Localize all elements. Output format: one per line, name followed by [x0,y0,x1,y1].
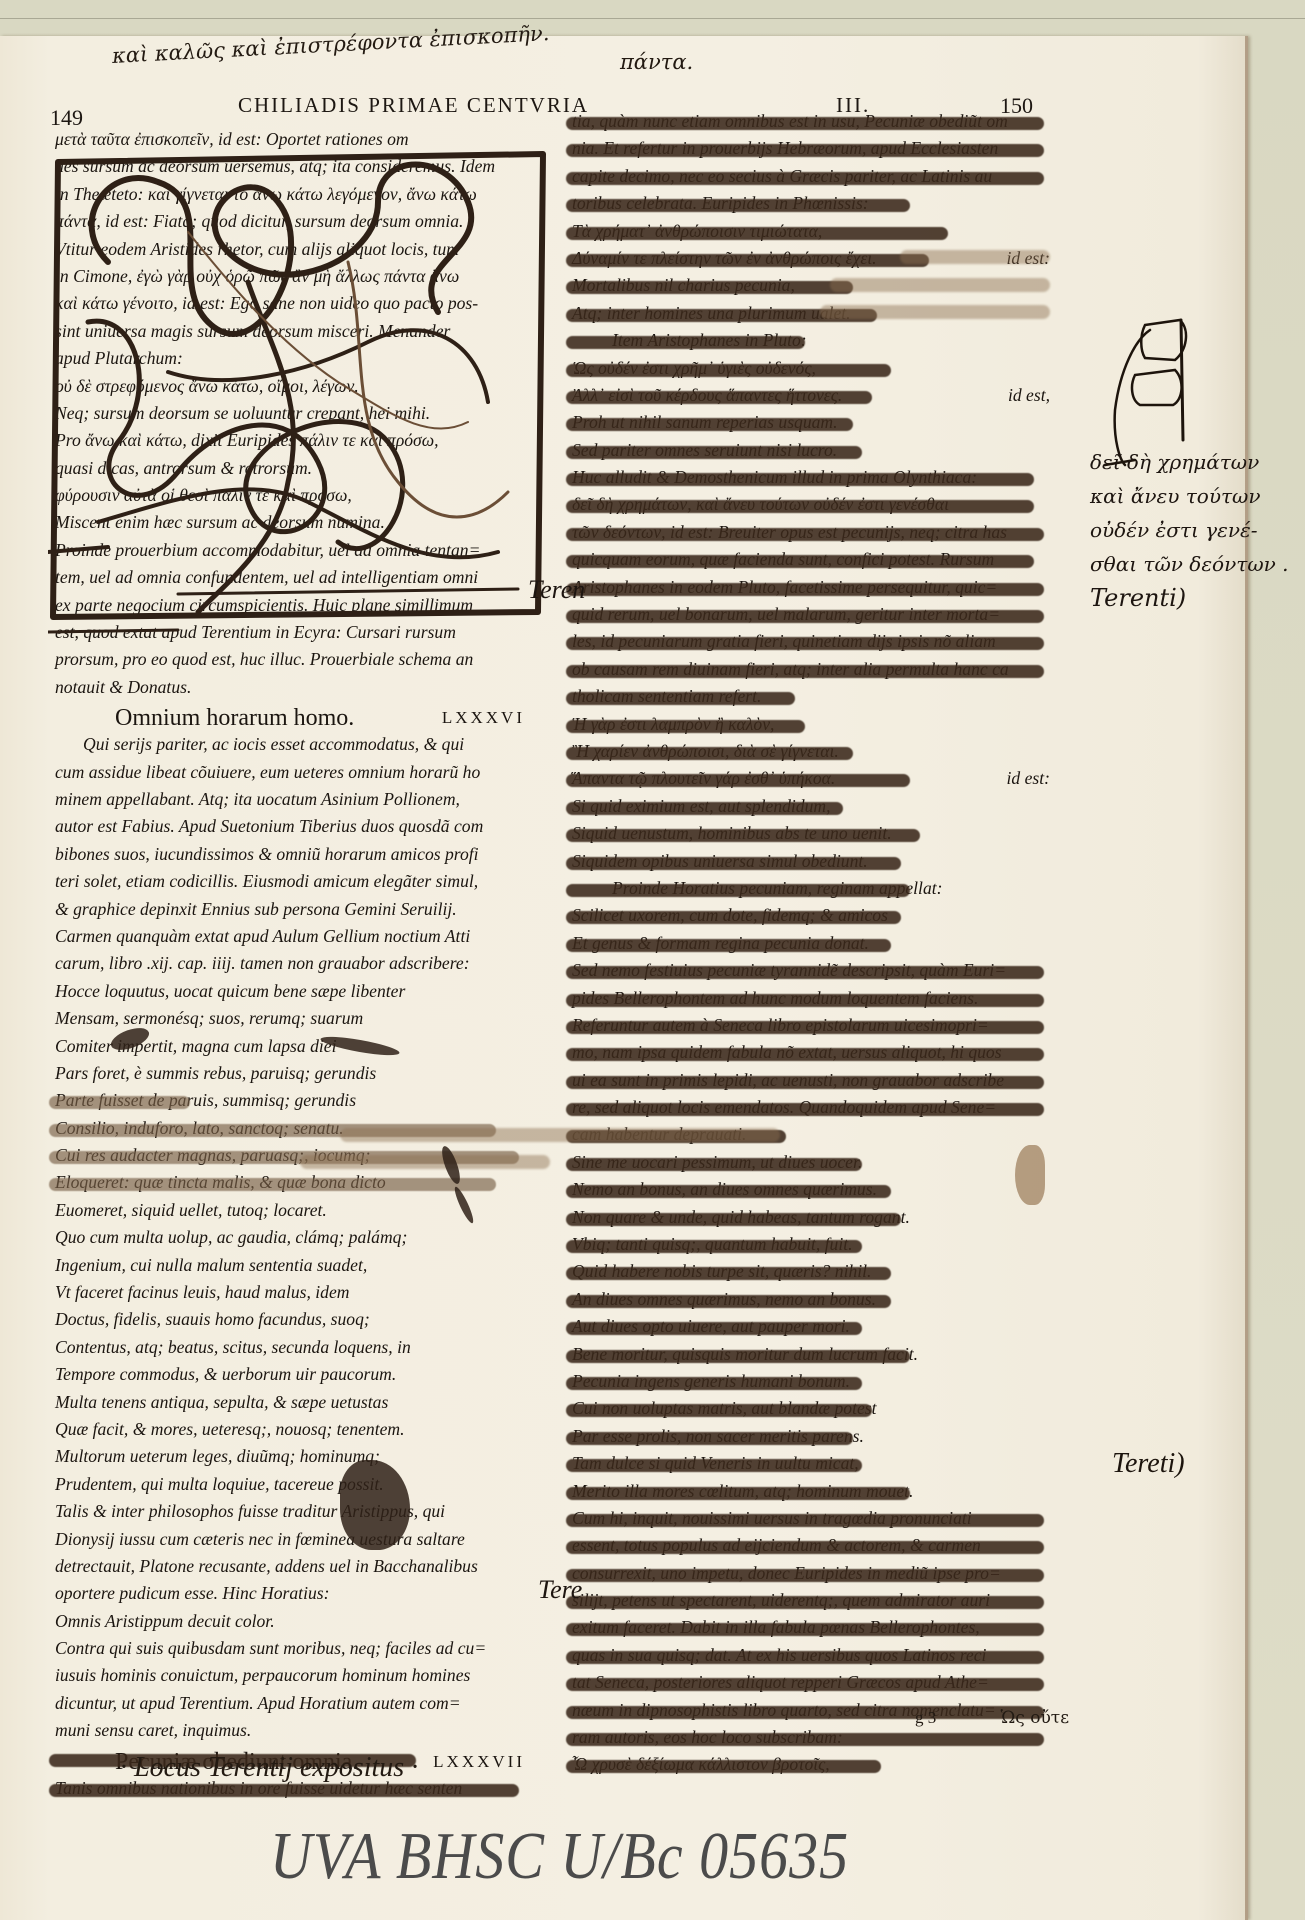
manuscript-footnote: · Locus Terentij expositus · [120,1752,418,1784]
line-text: Mortalibus nil charius pecunia, [572,275,795,295]
struck-line: ram autoris, eos hoc loco subscribam: [572,1724,1050,1751]
line-text: Miscent enim hæc sursum ac deorsum numin… [55,512,385,532]
line-text: exitum faceret. Dabit in illa fabula pœn… [572,1617,980,1637]
struck-line: capite decimo, nec eo secius à Græcis pa… [572,163,1050,190]
line-text: Ἢ χαρίεν ἀνθρώποισι, διὰ σὲ γίγνεται. [572,741,839,761]
line-text: in Cimone, ἐγὼ γὰρ οὐχ ὁρῶ πῶς ἂν μὴ ἄλλ… [55,266,459,286]
boxed-line: in Theæteto: καὶ γίγνεται τὸ ἄνω κάτω λε… [55,181,525,208]
boxed-line: Proinde prouerbium accommodabitur, uel a… [55,537,525,564]
line-text: essent, totus populus ad eijciendum & ac… [572,1535,981,1555]
adage-line: Doctus, fidelis, suauis homo facundus, s… [55,1306,525,1333]
boxed-line: πάντα, id est: Fiatq; quod dicitur, surs… [55,208,525,235]
line-text: Pars foret, è summis rebus, paruisq; ger… [55,1063,376,1083]
line-text: les, id pecuniarum gratia fieri, quineti… [572,631,996,651]
struck-line: Sine me uocari pessimum, ut diues uocer. [572,1149,1050,1176]
struck-line: Vbiq; tanti quisq;, quantum habuit, fuit… [572,1231,1050,1258]
adage-line: Euomeret, siquid uellet, tutoq; locaret. [55,1197,525,1224]
line-text: autor est Fabius. Apud Suetonium Tiberiu… [55,816,483,836]
adage-line: carum, libro .xij. cap. iiij. tamen non … [55,950,525,977]
line-text: Δύναμίν τε πλείστην τῶν ἐν ἀνθρώποις ἔχε… [572,248,877,268]
line-text: muni sensu caret, inquimus. [55,1720,251,1740]
struck-line: silijt, petens ut spectarent, uiderentq;… [572,1587,1050,1614]
line-text: Huc alludit & Demosthenicum illud in pri… [572,467,977,487]
line-text: carum, libro .xij. cap. iiij. tamen non … [55,953,470,973]
struck-line: pides Bellerophontem ad hunc modum loque… [572,985,1050,1012]
line-text: Comiter impertit, magna cum lapsa diei [55,1036,336,1056]
ink-wash [900,250,1050,264]
line-text: Ἀλλ᾽ εἰσὶ τοῦ κέρδους ἅπαντες ἥττονες. [572,385,842,405]
adage-line: Prudentem, qui multa loquiue, tacereue p… [55,1471,525,1498]
line-text: Par esse prolis, non sacer meritis paren… [572,1426,864,1446]
adage-line: Vt faceret facinus leuis, haud malus, id… [55,1279,525,1306]
line-text: quas in sua quisq; dat. At ex his uersib… [572,1645,986,1665]
struck-line: tia, quàm nunc etiam omnibus est in usu,… [572,108,1050,135]
adage-line: bibones suos, iucundissimos & omniũ hora… [55,841,525,868]
struck-line: Bene moritur, quisquis moritur dum lucru… [572,1341,1050,1368]
adage-line: Quæ facit, & mores, ueteresq;, nouosq; t… [55,1416,525,1443]
struck-line: Ἢ χαρίεν ἀνθρώποισι, διὰ σὲ γίγνεται. [572,738,1050,765]
adage-line: autor est Fabius. Apud Suetonium Tiberiu… [55,813,525,840]
line-text: mo, nam ipsa quidem fabula nõ extat, uer… [572,1042,1002,1062]
signature: g 3 [915,1708,936,1727]
struck-line: quid rerum, uel bonarum, uel malarum, ge… [572,601,1050,628]
line-text: Vbiq; tanti quisq;, quantum habuit, fuit… [572,1234,853,1254]
shelfmark: UVA BHSC U/Bc 05635 [270,1817,849,1894]
line-text: in Theæteto: καὶ γίγνεται τὸ ἄνω κάτω λε… [55,184,477,204]
line-text: μετὰ ταῦτα ἐπισκοπεῖν, id est: Oportet r… [55,129,409,149]
line-text: bibones suos, iucundissimos & omniũ hora… [55,844,479,864]
adage-line: Qui serijs pariter, ac iocis esset accom… [55,731,525,758]
line-text: Si quid eximium est, aut splendidum, [572,796,831,816]
line-text: Quid habere nobis turpe sit, quæris? nih… [572,1261,871,1281]
line-text: Quo cum multa uolup, ac gaudia, clámq; p… [55,1227,407,1247]
line-text: Eloqueret: quæ tincta malis, & quæ bona … [55,1172,386,1192]
struck-line: Aut diues opto uiuere, aut pauper mori. [572,1313,1050,1340]
struck-line: Proinde Horatius pecuniam, reginam appel… [572,875,1050,902]
line-text: Multorum ueterum leges, diuũmq; hominumq… [55,1446,380,1466]
adage-line: Tempore commodus, & uerborum uir paucoru… [55,1361,525,1388]
line-text: ob causam rem diuinam fieri, atq; inter … [572,659,1009,679]
adage-line: cum assidue libeat cõuiuere, eum ueteres… [55,759,525,786]
struck-line: Merito illa mores cœlitum, atq; hominum … [572,1478,1050,1505]
ink-wash [830,278,1050,292]
line-text: πάντα, id est: Fiatq; quod dicitur, surs… [55,211,463,231]
line-text: toribus celebrata. Euripides in Phœnissi… [572,193,869,213]
line-text: Ἅπαντα τῷ πλουτεῖν γάρ ἐσθ᾽ ὑπήκοα. [572,768,835,788]
line-text: τῶν δεόντων, id est: Breuiter opus est p… [572,522,1007,542]
struck-line: toribus celebrata. Euripides in Phœnissi… [572,190,1050,217]
line-text: Atq; inter homines una plurimum ualet. [572,303,851,323]
line-text: ui ea sunt in primis lepidi, ac uenusti,… [572,1070,1004,1090]
line-text: Nemo an bonus, an diues omnes quærimus. [572,1179,877,1199]
struck-line: Sed pariter omnes seruiunt nisi lucro. [572,437,1050,464]
line-text: Pro ἄνω καὶ κάτω, dixit Euripides πάλιν … [55,430,439,450]
id-est-marker: id est: [1007,765,1051,792]
struck-line: quas in sua quisq; dat. At ex his uersib… [572,1642,1050,1669]
adage-line: Talis & inter philosophos fuisse traditu… [55,1498,525,1525]
boxed-line: Neq; sursum deorsum se uoluuntur crepant… [55,400,525,427]
boxed-line: Vtitur eodem Aristides rhetor, cum alijs… [55,236,525,263]
adage-number: LXXXVI [442,701,525,735]
adage-line: Mensam, sermonésq; suos, rerumq; suarum [55,1005,525,1032]
header-annotation-greek-2: πάντα. [620,50,693,74]
line-text: cum assidue libeat cõuiuere, eum ueteres… [55,762,480,782]
struck-line: Proh ut nihil sanum reperias usquam. [572,409,1050,436]
struck-line: Cui non uoluptas matris, aut blandæ pote… [572,1395,1050,1422]
line-text: Item Aristophanes in Pluto: [612,330,807,350]
adage-line: Omnis Aristippum decuit color. [55,1608,525,1635]
line-text: Omnis Aristippum decuit color. [55,1611,275,1631]
line-text: quid rerum, uel bonarum, uel malarum, ge… [572,604,1000,624]
line-text: Aristophanes in eodem Pluto, facetissime… [572,577,997,597]
line-text: iusuis hominis conuictum, perpaucorum ho… [55,1665,470,1685]
struck-line: Cum hi, inquit, nouissimi uersus in trag… [572,1505,1050,1532]
struck-line: τῶν δεόντων, id est: Breuiter opus est p… [572,519,1050,546]
line-text: Cui non uoluptas matris, aut blandæ pote… [572,1398,877,1418]
id-est-marker: id est, [1008,382,1050,409]
line-text: silijt, petens ut spectarent, uiderentq;… [572,1590,990,1610]
line-text: Cum hi, inquit, nouissimi uersus in trag… [572,1508,972,1528]
line-text: Sed nemo festiuius pecuniæ tyrannidẽ des… [572,960,1006,980]
line-text: Aut diues opto uiuere, aut pauper mori. [572,1316,850,1336]
struck-line: Non quare & unde, quid habeas, tantum ro… [572,1204,1050,1231]
struck-line: Item Aristophanes in Pluto: [572,327,1050,354]
line-text: notauit & Donatus. [55,677,191,697]
line-text: Proinde prouerbium accommodabitur, uel a… [55,540,480,560]
struck-line: Ἀλλ᾽ εἰσὶ τοῦ κέρδους ἅπαντες ἥττονες.id… [572,382,1050,409]
margin-note-terenti-1: Teren [528,575,585,605]
struck-line: nia. Et refertur in prouerbijs Hebræorum… [572,135,1050,162]
struck-line: essent, totus populus ad eijciendum & ac… [572,1532,1050,1559]
line-text: nes sursum ac deorsum uersemus, atq; ita… [55,156,495,176]
ink-wash [820,305,1050,319]
boxed-line: μετὰ ταῦτα ἐπισκοπεῖν, id est: Oportet r… [55,126,525,153]
struck-line: Huc alludit & Demosthenicum illud in pri… [572,464,1050,491]
boxed-line: καὶ κάτω γένοιτο, id est: Ego sane non u… [55,290,525,317]
line-text: ex parte negocium circumspicientis. Huic… [55,595,473,615]
line-text: sint uniuersa magis sursum deorsum misce… [55,321,450,341]
adage-86-body: Qui serijs pariter, ac iocis esset accom… [55,731,525,1744]
line-text: Τὰ χρήματ᾽ ἀνθρώποισιν τιμιώτατα, [572,221,822,241]
line-text: Parte fuisset de paruis, summisq; gerund… [55,1090,356,1110]
margin-note-line: σθαι τῶν δεόντων . [1090,547,1289,581]
struck-line: Referuntur autem à Seneca libro epistola… [572,1012,1050,1039]
margin-note-line: καὶ ἄνευ τούτων [1090,479,1289,513]
line-text: Qui serijs pariter, ac iocis esset accom… [83,734,464,754]
ink-wash [340,1128,780,1142]
left-column: μετὰ ταῦτα ἐπισκοπεῖν, id est: Oportet r… [55,126,525,1802]
line-text: Doctus, fidelis, suauis homo facundus, s… [55,1309,370,1329]
struck-line: Τὰ χρήματ᾽ ἀνθρώποισιν τιμιώτατα, [572,218,1050,245]
adage-line: minem appellabant. Atq; ita uocatum Asin… [55,786,525,813]
struck-line: ob causam rem diuinam fieri, atq; inter … [572,656,1050,683]
struck-line: Scilicet uxorem, cum dote, fidemq; & ami… [572,902,1050,929]
boxed-passage: μετὰ ταῦτα ἐπισκοπεῖν, id est: Oportet r… [55,126,525,701]
boxed-line: prorsum, pro eo quod est, huc illuc. Pro… [55,646,525,673]
ink-stain [1015,1145,1045,1205]
adage-line: Dionysij iussu cum cæteris nec in fœmine… [55,1526,525,1553]
line-text: Ὦ χρυσὲ δέξίωμα κάλλιστον βροτοῖς, [572,1754,830,1774]
line-text: Vtitur eodem Aristides rhetor, cum alijs… [55,239,459,259]
line-text: Merito illa mores cœlitum, atq; hominum … [572,1481,913,1501]
margin-note-line: δεῖ δὴ χρημάτων [1090,445,1289,479]
line-text: pides Bellerophontem ad hunc modum loque… [572,988,978,1008]
struck-line: Et genus & formam regina pecunia donat. [572,930,1050,957]
right-column: tia, quàm nunc etiam omnibus est in usu,… [572,108,1050,1779]
page-edge [1245,36,1248,1920]
adage-86-heading: Omnium horarum homo. LXXXVI [55,701,525,731]
boxed-line: est, quod extat apud Terentium in Ecyra:… [55,619,525,646]
boxed-line: in Cimone, ἐγὼ γὰρ οὐχ ὁρῶ πῶς ἂν μὴ ἄλλ… [55,263,525,290]
struck-line: Aristophanes in eodem Pluto, facetissime… [572,574,1050,601]
adage-line: Hocce loquutus, uocat quicum bene sæpe l… [55,978,525,1005]
adage-line: Carmen quanquàm extat apud Aulum Gellium… [55,923,525,950]
struck-line: re, sed aliquot locis emendatos. Quandoq… [572,1094,1050,1121]
line-text: Contentus, atq; beatus, scitus, secunda … [55,1337,411,1357]
catchword: Ὡς οὔτε [1001,1708,1070,1728]
line-text: Tempore commodus, & uerborum uir paucoru… [55,1364,396,1384]
adage-line: oportere pudicum esse. Hinc Horatius: [55,1580,525,1607]
adage-line: Contentus, atq; beatus, scitus, secunda … [55,1334,525,1361]
line-text: oportere pudicum esse. Hinc Horatius: [55,1583,329,1603]
boxed-line: φύρουσιν αὐτὰ οἱ θεοὶ πάλιν τε καὶ πρόσω… [55,482,525,509]
adage-line: detrectauit, Platone recusante, addens u… [55,1553,525,1580]
struck-line: Ἅπαντα τῷ πλουτεῖν γάρ ἐσθ᾽ ὑπήκοα.id es… [572,765,1050,792]
running-title: CHILIADIS PRIMAE CENTVRIA [238,93,589,118]
adage-line: & graphice depinxit Ennius sub persona G… [55,896,525,923]
right-column-lines: tia, quàm nunc etiam omnibus est in usu,… [572,108,1050,1779]
line-text: apud Plutarchum: [55,348,183,368]
struck-line: consurrexit, uno impetu, donec Euripides… [572,1560,1050,1587]
struck-line: Pecunia ingens generis humani bonum. [572,1368,1050,1395]
line-text: quicquam eorum, quæ facienda sunt, confi… [572,549,994,569]
struck-line: Nemo an bonus, an diues omnes quærimus. [572,1176,1050,1203]
struck-line: Siquid uenustum, hominibus abs te uno ue… [572,820,1050,847]
struck-line: Siquidem opibus uniuersa simul obediunt. [572,848,1050,875]
line-text: Hocce loquutus, uocat quicum bene sæpe l… [55,981,405,1001]
line-text: Sine me uocari pessimum, ut diues uocer. [572,1152,862,1172]
line-text: Euomeret, siquid uellet, tutoq; locaret. [55,1200,327,1220]
line-text: οὐ δὲ στρεφόμενος ἄνω κάτω, οἴμοι, λέγων… [55,376,359,396]
adage-title: Omnium horarum homo. [115,705,354,731]
line-text: nia. Et refertur in prouerbijs Hebræorum… [572,138,998,158]
line-text: tholicam sententiam refert. [572,686,761,706]
struck-line: mo, nam ipsa quidem fabula nõ extat, uer… [572,1039,1050,1066]
adage-line: dicuntur, ut apud Terentium. Apud Horati… [55,1690,525,1717]
line-text: dicuntur, ut apud Terentium. Apud Horati… [55,1693,461,1713]
line-text: tem, uel ad omnia confundentem, uel ad i… [55,567,478,587]
struck-line: Ὡς οὐδέν ἐστι χρῆμ᾽ ὑγιὲς οὐδενός, [572,355,1050,382]
struck-line: Sed nemo festiuius pecuniæ tyrannidẽ des… [572,957,1050,984]
line-text: Pecunia ingens generis humani bonum. [572,1371,850,1391]
line-text: Ὡς οὐδέν ἐστι χρῆμ᾽ ὑγιὲς οὐδενός, [572,358,816,378]
line-text: ram autoris, eos hoc loco subscribam: [572,1727,843,1747]
line-text: Mensam, sermonésq; suos, rerumq; suarum [55,1008,363,1028]
struck-line: tholicam sententiam refert. [572,683,1050,710]
line-text: Prudentem, qui multa loquiue, tacereue p… [55,1474,384,1494]
struck-line: δεῖ δὴ χρημάτων, καὶ ἄνευ τούτων οὐδέν ἐ… [572,491,1050,518]
line-text: Multa tenens antiqua, sepulta, & sæpe ue… [55,1392,388,1412]
adage-line: iusuis hominis conuictum, perpaucorum ho… [55,1662,525,1689]
line-text: Scilicet uxorem, cum dote, fidemq; & ami… [572,905,888,925]
line-text: teri solet, etiam codicillis. Eiusmodi a… [55,871,478,891]
ink-wash [300,1155,550,1169]
line-text: prorsum, pro eo quod est, huc illuc. Pro… [55,649,473,669]
adage-line: Parte fuisset de paruis, summisq; gerund… [55,1087,525,1114]
line-text: Non quare & unde, quid habeas, tantum ro… [572,1207,910,1227]
line-text: Carmen quanquàm extat apud Aulum Gellium… [55,926,470,946]
adage-line: Pars foret, è summis rebus, paruisq; ger… [55,1060,525,1087]
margin-note-terenti-2: Tere [538,1575,582,1605]
line-text: An diues omnes quærimus, nemo an bonus. [572,1289,876,1309]
boxed-line: apud Plutarchum: [55,345,525,372]
line-text: Sed pariter omnes seruiunt nisi lucro. [572,440,837,460]
line-text: Siquidem opibus uniuersa simul obediunt. [572,851,868,871]
line-text: consurrexit, uno impetu, donec Euripides… [572,1563,1001,1583]
struck-line: Quid habere nobis turpe sit, quæris? nih… [572,1258,1050,1285]
adage-line: teri solet, etiam codicillis. Eiusmodi a… [55,868,525,895]
line-text: tat Seneca, posteriores aliquot repperi … [572,1672,989,1692]
struck-line: ui ea sunt in primis lepidi, ac uenusti,… [572,1067,1050,1094]
line-text: Referuntur autem à Seneca libro epistola… [572,1015,989,1035]
line-text: re, sed aliquot locis emendatos. Quandoq… [572,1097,996,1117]
boxed-line: quasi dicas, antrorsum & retrorsum. [55,455,525,482]
signature-mark: g 3 Ὡς οὔτε [915,1708,1069,1728]
line-text: est, quod extat apud Terentium in Ecyra:… [55,622,456,642]
struck-line: Si quid eximium est, aut splendidum, [572,793,1050,820]
boxed-line: Miscent enim hæc sursum ac deorsum numin… [55,509,525,536]
line-text: δεῖ δὴ χρημάτων, καὶ ἄνευ τούτων οὐδέν ἐ… [572,494,949,514]
struck-line: tat Seneca, posteriores aliquot repperi … [572,1669,1050,1696]
struck-line: Ἡ γὰρ ἐστι λαμπρὸν ἢ καλὸν, [572,711,1050,738]
line-text: tia, quàm nunc etiam omnibus est in usu,… [572,111,1008,131]
boxed-line: Pro ἄνω καὶ κάτω, dixit Euripides πάλιν … [55,427,525,454]
line-text: & graphice depinxit Ennius sub persona G… [55,899,457,919]
line-text: Contra qui suis quibusdam sunt moribus, … [55,1638,486,1658]
struck-line: exitum faceret. Dabit in illa fabula pœn… [572,1614,1050,1641]
adage-line: Multa tenens antiqua, sepulta, & sæpe ue… [55,1389,525,1416]
struck-line: quicquam eorum, quæ facienda sunt, confi… [572,546,1050,573]
scanner-edge [0,18,1305,19]
line-text: Siquid uenustum, hominibus abs te uno ue… [572,823,892,843]
margin-note-terenti: Tereti) [1112,1448,1185,1480]
line-text: Proinde Horatius pecuniam, reginam appel… [612,878,943,898]
struck-line: Par esse prolis, non sacer meritis paren… [572,1423,1050,1450]
adage-line: Contra qui suis quibusdam sunt moribus, … [55,1635,525,1662]
line-text: Neq; sursum deorsum se uoluuntur crepant… [55,403,430,423]
boxed-line: οὐ δὲ στρεφόμενος ἄνω κάτω, οἴμοι, λέγων… [55,373,525,400]
line-text: capite decimo, nec eo secius à Græcis pa… [572,166,992,186]
line-text: Proh ut nihil sanum reperias usquam. [572,412,838,432]
adage-line: muni sensu caret, inquimus. [55,1717,525,1744]
line-text: Tam dulce si quid Veneris in uultu micat… [572,1453,859,1473]
line-text: Vt faceret facinus leuis, haud malus, id… [55,1282,350,1302]
line-text: Consilio, induforo, lato, sanctoq; senat… [55,1118,344,1138]
line-text: minem appellabant. Atq; ita uocatum Asin… [55,789,460,809]
line-text: quasi dicas, antrorsum & retrorsum. [55,458,312,478]
line-text: Quæ facit, & mores, ueteresq;, nouosq; t… [55,1419,405,1439]
line-text: Et genus & formam regina pecunia donat. [572,933,869,953]
line-text: καὶ κάτω γένοιτο, id est: Ego sane non u… [55,293,478,313]
boxed-line: tem, uel ad omnia confundentem, uel ad i… [55,564,525,591]
boxed-line: ex parte negocium circumspicientis. Huic… [55,592,525,619]
margin-note-abbrev: Terenti) [1090,581,1289,615]
boxed-line: nes sursum ac deorsum uersemus, atq; ita… [55,153,525,180]
struck-line: Tam dulce si quid Veneris in uultu micat… [572,1450,1050,1477]
line-text: φύρουσιν αὐτὰ οἱ θεοὶ πάλιν τε καὶ πρόσω… [55,485,352,505]
boxed-line: sint uniuersa magis sursum deorsum misce… [55,318,525,345]
adage-number: LXXXVII [433,1745,525,1779]
adage-line: Quo cum multa uolup, ac gaudia, clámq; p… [55,1224,525,1251]
line-text: detrectauit, Platone recusante, addens u… [55,1556,478,1576]
adage-line: Ingenium, cui nulla malum sententia suad… [55,1252,525,1279]
boxed-line: notauit & Donatus. [55,674,525,701]
line-text: Ἡ γὰρ ἐστι λαμπρὸν ἢ καλὸν, [572,714,774,734]
struck-line: An diues omnes quærimus, nemo an bonus. [572,1286,1050,1313]
margin-note-line: οὐδέν ἐστι γενέ- [1090,513,1289,547]
margin-greek-note: δεῖ δὴ χρημάτων καὶ ἄνευ τούτων οὐδέν ἐσ… [1090,445,1289,615]
adage-line: Multorum ueterum leges, diuũmq; hominumq… [55,1443,525,1470]
line-text: Bene moritur, quisquis moritur dum lucru… [572,1344,918,1364]
struck-line: les, id pecuniarum gratia fieri, quineti… [572,628,1050,655]
line-text: Ingenium, cui nulla malum sententia suad… [55,1255,367,1275]
struck-line: Ὦ χρυσὲ δέξίωμα κάλλιστον βροτοῖς, [572,1751,1050,1778]
